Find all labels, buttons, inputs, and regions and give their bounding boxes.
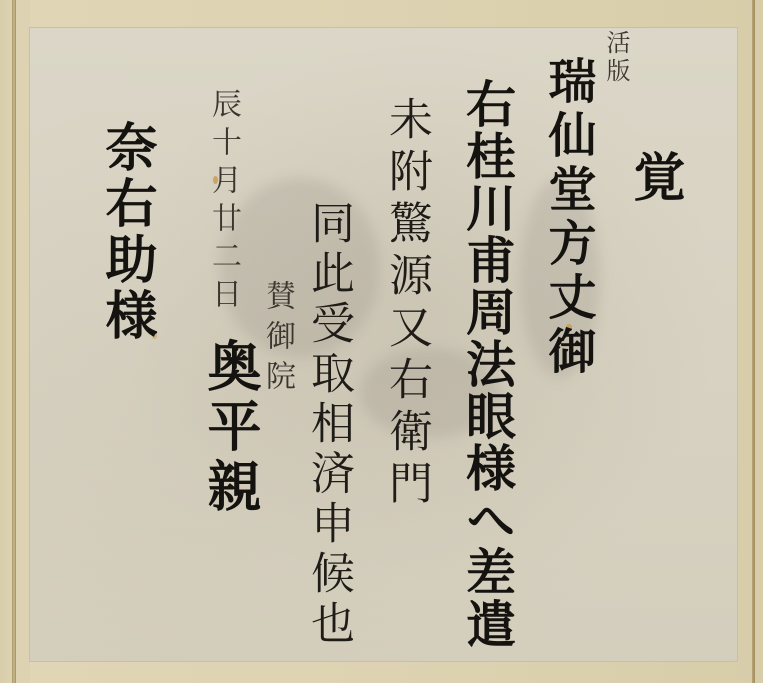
recipient-title: 瑞仙堂方丈御 (544, 56, 592, 380)
body-line-3: 同此受取相済申候也 (306, 200, 350, 650)
ink-smudge (220, 178, 380, 358)
date-line: 辰十月廿二日 (208, 88, 238, 316)
mount-fold-right (752, 0, 755, 683)
body-line-2: 未附驚源又右衛門 (384, 96, 428, 512)
addressee: 奈右助様 (100, 120, 152, 344)
mount-border-left (16, 0, 30, 683)
heading-oboe: 覚 (628, 150, 680, 206)
body-line-1: 右桂川甫周法眼様へ差遣 (462, 78, 512, 650)
sender-signature: 奥平親 (204, 338, 258, 518)
sender-office: 賛御院 (262, 280, 292, 400)
annotation-text: 活版 (604, 30, 628, 86)
